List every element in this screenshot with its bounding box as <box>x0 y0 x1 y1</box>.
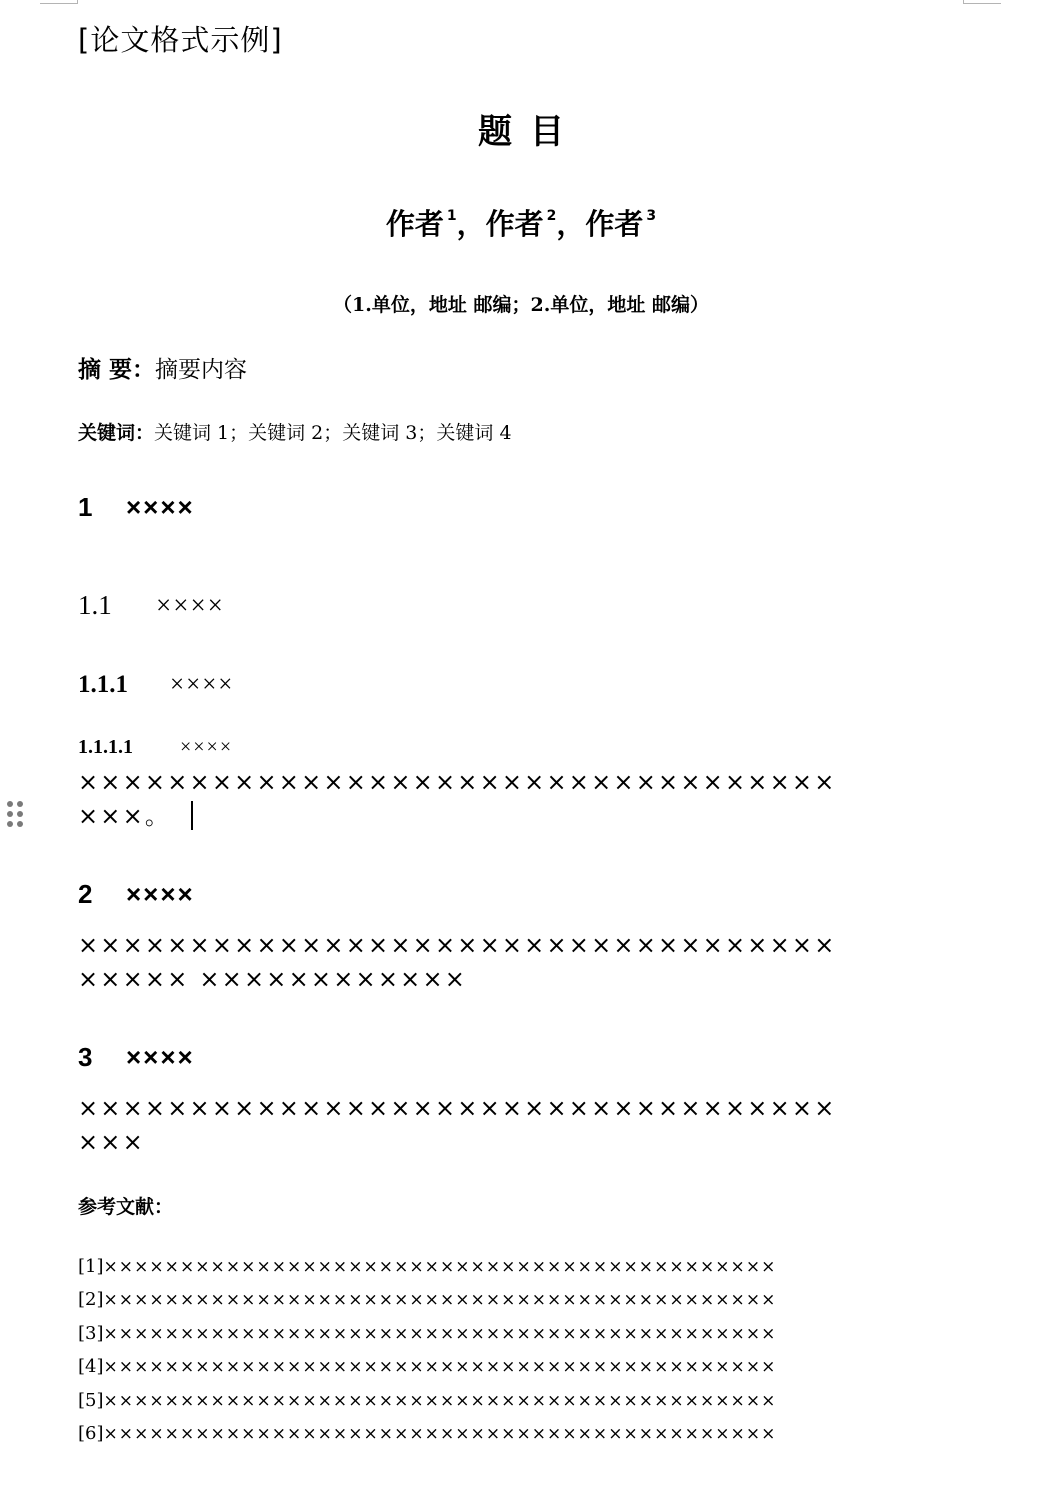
author-separator: ， <box>556 207 585 241</box>
reference-text: ××××××××××××××××××××××××××××××××××××××××… <box>104 1357 777 1377</box>
author-line: 作者1，作者2，作者3 <box>0 202 1042 243</box>
reference-id: [3] <box>78 1323 104 1344</box>
affiliations: （1.单位，地址 邮编；2.单位，地址 邮编） <box>0 290 1042 317</box>
keywords-text: 关键词 1；关键词 2；关键词 3；关键词 4 <box>154 422 512 444</box>
reference-item: [3]×××××××××××××××××××××××××××××××××××××… <box>78 1322 776 1355</box>
paragraph-section-2[interactable]: ×××××××××××××××××××××××××××××××××× ×××××… <box>78 928 837 996</box>
abstract-label: 摘 要： <box>78 357 155 383</box>
paragraph-line: ×××××××××××××××××××××××××××××××××× <box>78 765 837 799</box>
text-cursor <box>191 801 193 830</box>
author-name: 作者 <box>386 207 444 241</box>
author-affiliation-number: 2 <box>547 208 557 224</box>
heading-title: ×××× <box>126 1042 195 1072</box>
heading-number: 1 <box>78 492 126 523</box>
paragraph-line: ××× <box>78 1125 837 1159</box>
heading-section-2: 2×××× <box>78 879 195 910</box>
author-separator: ， <box>457 207 486 241</box>
heading-title: ×××× <box>156 590 225 620</box>
reference-item: [2]×××××××××××××××××××××××××××××××××××××… <box>78 1288 776 1321</box>
reference-id: [5] <box>78 1390 104 1411</box>
paragraph-line: ××××× ×××××××××××× <box>78 962 837 996</box>
grip-dots-icon[interactable] <box>7 800 25 830</box>
header-tag: [论文格式示例] <box>78 18 283 59</box>
keywords-label: 关键词： <box>78 422 154 444</box>
reference-item: [5]×××××××××××××××××××××××××××××××××××××… <box>78 1389 776 1422</box>
heading-title: ×××× <box>126 879 195 909</box>
paragraph-line: ×××××××××××××××××××××××××××××××××× <box>78 1091 837 1125</box>
reference-text: ××××××××××××××××××××××××××××××××××××××××… <box>104 1424 777 1444</box>
abstract: 摘 要：摘要内容 <box>78 351 247 384</box>
author-name: 作者 <box>585 207 643 241</box>
heading-section-3: 3×××× <box>78 1042 195 1073</box>
heading-title: ×××× <box>170 671 234 698</box>
heading-title: ×××× <box>180 736 233 758</box>
heading-section-1-1-1: 1.1.1×××× <box>78 671 234 699</box>
reference-item: [6]×××××××××××××××××××××××××××××××××××××… <box>78 1422 776 1455</box>
references-list: [1]×××××××××××××××××××××××××××××××××××××… <box>78 1255 776 1455</box>
heading-number: 2 <box>78 879 126 910</box>
reference-id: [1] <box>78 1256 104 1277</box>
paragraph-section-3[interactable]: ×××××××××××××××××××××××××××××××××× ××× <box>78 1091 837 1159</box>
author-affiliation-number: 1 <box>447 208 457 224</box>
reference-id: [6] <box>78 1423 104 1444</box>
reference-id: [4] <box>78 1356 104 1377</box>
reference-item: [4]×××××××××××××××××××××××××××××××××××××… <box>78 1355 776 1388</box>
heading-section-1-1-1-1: 1.1.1.1×××× <box>78 736 233 759</box>
reference-text: ××××××××××××××××××××××××××××××××××××××××… <box>104 1257 777 1277</box>
author-affiliation-number: 3 <box>646 208 656 224</box>
references-heading: 参考文献： <box>78 1192 173 1219</box>
reference-item: [1]×××××××××××××××××××××××××××××××××××××… <box>78 1255 776 1288</box>
heading-section-1-1: 1.1×××× <box>78 590 225 621</box>
heading-number: 1.1 <box>78 590 156 621</box>
heading-title: ×××× <box>126 492 195 522</box>
reference-id: [2] <box>78 1289 104 1310</box>
author-name: 作者 <box>486 207 544 241</box>
heading-number: 1.1.1.1 <box>78 736 180 759</box>
heading-number: 1.1.1 <box>78 671 170 699</box>
keywords: 关键词：关键词 1；关键词 2；关键词 3；关键词 4 <box>78 418 512 445</box>
page-corner-mark-left <box>40 0 78 4</box>
reference-text: ××××××××××××××××××××××××××××××××××××××××… <box>104 1290 777 1310</box>
page-corner-mark-right <box>963 0 1001 4</box>
abstract-text: 摘要内容 <box>155 357 247 383</box>
heading-section-1: 1×××× <box>78 492 195 523</box>
paper-title: 题目 <box>0 104 1042 153</box>
reference-text: ××××××××××××××××××××××××××××××××××××××××… <box>104 1324 777 1344</box>
reference-text: ××××××××××××××××××××××××××××××××××××××××… <box>104 1391 777 1411</box>
heading-number: 3 <box>78 1042 126 1073</box>
paragraph-line: ×××××××××××××××××××××××××××××××××× <box>78 928 837 962</box>
